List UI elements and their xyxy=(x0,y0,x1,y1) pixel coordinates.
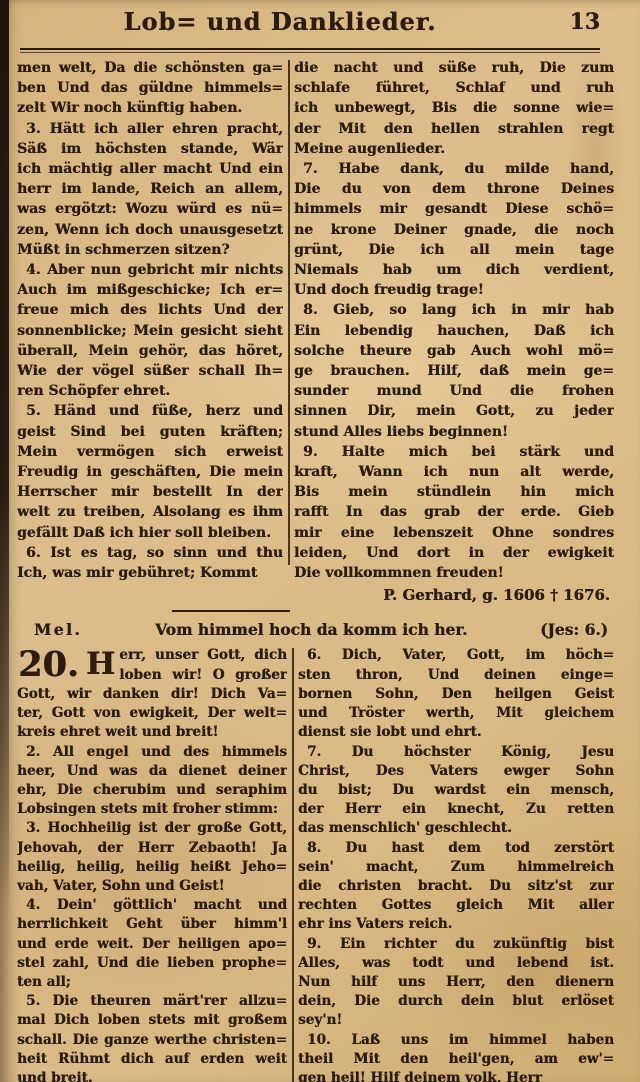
verse-line: und breit. xyxy=(17,1069,287,1082)
verse-line: Die vollkommnen freuden! xyxy=(294,563,614,583)
verse-line: Nun hilf uns Herr, den dienern xyxy=(298,973,614,992)
verse-line: 3. Hätt ich aller ehren pracht, xyxy=(17,119,283,139)
verse-line: schlafe führet, Schlaf und ruh xyxy=(294,78,614,98)
melody-line: Mel. Vom himmel hoch da komm ich her. (J… xyxy=(0,612,640,639)
scripture-reference: (Jes: 6.) xyxy=(540,620,608,639)
verse-line: ne krone Deiner gnade, die noch xyxy=(294,220,614,240)
verse-line: mir eine lebenszeit Ohne sondres xyxy=(294,523,614,543)
verse-line: 9. Halte mich bei stärk und xyxy=(294,442,614,462)
hymn19-right-column: die nacht und süße ruh, Die zumschlafe f… xyxy=(294,58,614,605)
verse-line: grünt, Die ich all mein tage xyxy=(294,240,614,260)
verse-line: Freudig in geschäften, Die mein xyxy=(17,462,283,482)
verse-line: men welt, Da die schönsten ga= xyxy=(17,58,283,78)
verse-line: freue mich des lichts Und der xyxy=(17,300,283,320)
verse-line: vah, Vater, Sohn und Geist! xyxy=(17,877,287,896)
verse-line: ich unbewegt, Bis die sonne wie= xyxy=(294,98,614,118)
hymn20-right-column: 6. Dich, Vater, Gott, im höch=sten thron… xyxy=(298,646,614,1082)
verse-line: dienst sie lobt und ehrt. xyxy=(298,723,614,742)
verse-line: Jehovah, der Herr Zebaoth! Ja xyxy=(17,839,287,858)
hymn19-left-column: men welt, Da die schönsten ga=ben Und da… xyxy=(17,58,283,605)
verse-line: 2. All engel und des himmels xyxy=(17,743,287,762)
verse-line: mal Dich loben stets mit großem xyxy=(17,1011,287,1030)
verse-line: Bis mein stündlein hin mich xyxy=(294,482,614,502)
verse-line: ren Schöpfer ehret. xyxy=(17,381,283,401)
column-divider xyxy=(288,60,290,565)
verse-line: ben Und das güldne himmels= xyxy=(17,78,283,98)
verse-line: zen, Wenn ich doch unausgesetzt xyxy=(17,220,283,240)
verse-line: theil Mit den heil'gen, am ew'= xyxy=(298,1050,614,1069)
verse-line: schall. Die ganze werthe christen= xyxy=(17,1031,287,1050)
verse-line: 10. Laß uns im himmel haben xyxy=(298,1031,614,1050)
verse-line: kreis ehret weit und breit! xyxy=(17,723,287,742)
verse-line: 7. Du höchster König, Jesu xyxy=(298,743,614,762)
verse-line: 5. Die theuren märt'rer allzu= xyxy=(17,992,287,1011)
verse-line: sunder mund Und die frohen xyxy=(294,381,614,401)
verse-line: Die du von dem throne Deines xyxy=(294,179,614,199)
verse-line: herr im lande, Reich an allem, xyxy=(17,179,283,199)
verse-line: geist Sind bei guten kräften; xyxy=(17,422,283,442)
verse-line: Christ, Des Vaters ewger Sohn xyxy=(298,762,614,781)
verse-line: heit Rühmt dich auf erden weit xyxy=(17,1050,287,1069)
column-divider xyxy=(292,648,294,1082)
verse-line: Meine augenlieder. xyxy=(294,139,614,159)
verse-line: 4. Dein' göttlich' macht und xyxy=(17,896,287,915)
verse-line: kraft, Wann ich nun alt werde, xyxy=(294,462,614,482)
verse-line: 6. Ist es tag, so sinn und thu xyxy=(17,543,283,563)
verse-line: herrlichkeit Geht über himm'l xyxy=(17,915,287,934)
verse-line: ten all; xyxy=(17,973,287,992)
verse-line: Säß im höchsten stande, Wär xyxy=(17,139,283,159)
verse-line: zelt Wir noch künftig haben. xyxy=(17,98,283,118)
verse-line: welt zu treiben, Alsolang es ihm xyxy=(17,502,283,522)
verse-line: ehr ins Vaters reich. xyxy=(298,915,614,934)
verse-line: überall, Mein gehör, das höret, xyxy=(17,341,283,361)
verse-line: 9. Ein richter du zukünftig bist xyxy=(298,935,614,954)
verse-line: rechten Gottes gleich Mit aller xyxy=(298,896,614,915)
verse-line: was ergötzt: Wozu würd es nü= xyxy=(17,199,283,219)
verse-line: dein, Die durch dein blut erlöset xyxy=(298,992,614,1011)
verse-line: ich mächtig aller macht Und ein xyxy=(17,159,283,179)
verse-line: Gott, wir danken dir! Dich Va= xyxy=(17,685,287,704)
hymn20-left-column: 20. H err, unser Gott, dichloben wir! O … xyxy=(17,646,287,1082)
verse-line: Wie der vögel süßer schall Ih= xyxy=(17,361,283,381)
verse-line: und erde weit. Der heiligen apo= xyxy=(17,935,287,954)
hymnal-page: Lob= und Danklieder. 13 men welt, Da die… xyxy=(0,0,640,1082)
verse-line: solche theure gab Auch wohl mö= xyxy=(294,341,614,361)
hymn-number: 20. xyxy=(17,646,86,684)
verse-line: der Herr ein knecht, Zu retten xyxy=(298,800,614,819)
verse-line: Alles, was todt und lebend ist. xyxy=(298,954,614,973)
drop-cap-initial: H xyxy=(86,646,119,683)
book-binding-shadow xyxy=(0,0,9,1082)
verse-line: bornen Sohn, Den heilgen Geist xyxy=(298,685,614,704)
verse-line: Auch im mißgeschicke; Ich er= xyxy=(17,280,283,300)
verse-line: rafft In das grab der erde. Gieb xyxy=(294,502,614,522)
hymn20-verse1: 20. H err, unser Gott, dichloben wir! O … xyxy=(17,646,287,742)
hymn19-section: men welt, Da die schönsten ga=ben Und da… xyxy=(0,53,640,605)
verse-line: gen heil! Hilf deinem volk, Herr xyxy=(298,1069,614,1082)
verse-line: sey'n! xyxy=(298,1011,614,1030)
verse-line: heer, Und was da dienet deiner xyxy=(17,762,287,781)
verse-line: stund Alles liebs beginnen! xyxy=(294,422,614,442)
verse-line: sein' macht, Zum himmelreich xyxy=(298,858,614,877)
verse-line: 5. Händ und füße, herz und xyxy=(17,401,283,421)
author-attribution: P. Gerhard, g. 1606 † 1676. xyxy=(294,583,614,605)
verse-line: leiden, Und dort in der ewigkeit xyxy=(294,543,614,563)
page-number: 13 xyxy=(569,9,600,35)
verse-line: 8. Gieb, so lang ich in mir hab xyxy=(294,300,614,320)
verse-line: sinnen Dir, mein Gott, zu jeder xyxy=(294,401,614,421)
melody-title: Vom himmel hoch da komm ich her. xyxy=(155,620,467,639)
verse-line: 7. Habe dank, du milde hand, xyxy=(294,159,614,179)
verse-line: ehr, Die cherubim und seraphim xyxy=(17,781,287,800)
hymn20-section: 20. H err, unser Gott, dichloben wir! O … xyxy=(0,639,640,1082)
page-header: Lob= und Danklieder. 13 xyxy=(0,0,640,47)
verse-line: und Tröster werth, Mit gleichem xyxy=(298,704,614,723)
verse-line: 4. Aber nun gebricht mir nichts xyxy=(17,260,283,280)
verse-line: Und doch freudig trage! xyxy=(294,280,614,300)
verse-line: gefällt Daß ich hier soll bleiben. xyxy=(17,523,283,543)
verse-line: sonnenblicke; Mein gesicht sieht xyxy=(17,321,283,341)
verse-line: Ein lebendig hauchen, Daß ich xyxy=(294,321,614,341)
melody-label: Mel. xyxy=(34,620,82,639)
verse-line: das menschlich' geschlecht. xyxy=(298,819,614,838)
verse-line: Müßt in schmerzen sitzen? xyxy=(17,240,283,260)
verse-line: Herrscher mir bestellt In der xyxy=(17,482,283,502)
verse-line: die christen bracht. Du sitz'st zur xyxy=(298,877,614,896)
hymn19-right-verses: die nacht und süße ruh, Die zumschlafe f… xyxy=(294,58,614,583)
verse-line: 3. Hochheilig ist der große Gott, xyxy=(17,819,287,838)
verse-line: 6. Dich, Vater, Gott, im höch= xyxy=(298,646,614,665)
verse-line: ter, Gott von ewigkeit, Der welt= xyxy=(17,704,287,723)
verse-line: sten thron, Und deinen einge= xyxy=(298,666,614,685)
verse-line: Ich, was mir gebühret; Kommt xyxy=(17,563,283,583)
verse-line: 8. Du hast dem tod zerstört xyxy=(298,839,614,858)
verse-line: der Mit den hellen strahlen regt xyxy=(294,119,614,139)
verse-line: himmels mir gesandt Diese schö= xyxy=(294,199,614,219)
page-title: Lob= und Danklieder. xyxy=(0,7,560,36)
verse-line: die nacht und süße ruh, Die zum xyxy=(294,58,614,78)
verse-line: ge brauchen. Hilf, daß mein ge= xyxy=(294,361,614,381)
verse-line: Niemals hab um dich verdient, xyxy=(294,260,614,280)
verse-line: heilig, heilig, heilig heißt Jeho= xyxy=(17,858,287,877)
hymn20-left-verses: 2. All engel und des himmelsheer, Und wa… xyxy=(17,743,287,1082)
verse-line: du bist; Du wardst ein mensch, xyxy=(298,781,614,800)
verse-line: stel zahl, Und die lieben prophe= xyxy=(17,954,287,973)
verse-line: Lobsingen stets mit froher stimm: xyxy=(17,800,287,819)
verse-line: Mein vermögen sich erweist xyxy=(17,442,283,462)
